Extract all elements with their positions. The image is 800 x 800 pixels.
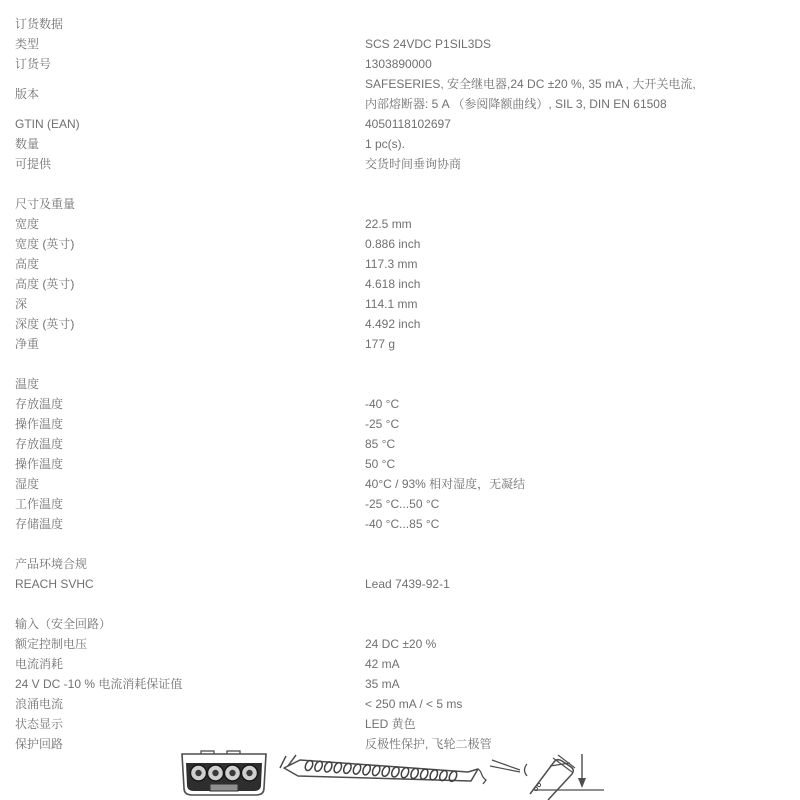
spec-value: 42 mA <box>365 654 400 674</box>
spec-value-line: 35 mA <box>365 674 400 694</box>
spec-label: 深 <box>15 294 365 314</box>
spec-value: < 250 mA / < 5 ms <box>365 694 462 714</box>
spec-row: REACH SVHC Lead 7439-92-1 <box>15 574 790 594</box>
spec-value-line: 85 °C <box>365 434 395 454</box>
spec-value: -40 °C...85 °C <box>365 514 439 534</box>
spec-value: 4.492 inch <box>365 314 420 334</box>
spec-row: 订货号 1303890000 <box>15 54 790 74</box>
spec-label: 版本 <box>15 84 365 104</box>
spec-row: 宽度 (英寸) 0.886 inch <box>15 234 790 254</box>
spec-value-line: -25 °C <box>365 414 399 434</box>
spec-label: 类型 <box>15 34 365 54</box>
spec-label: 高度 (英寸) <box>15 274 365 294</box>
spec-value-line: 117.3 mm <box>365 254 417 274</box>
spec-row: 电流消耗 42 mA <box>15 654 790 674</box>
marking-strip-drawing <box>276 750 488 798</box>
spec-label: 工作温度 <box>15 494 365 514</box>
spec-value-line: 交货时间垂询协商 <box>365 154 461 174</box>
spec-row: 可提供 交货时间垂询协商 <box>15 154 790 174</box>
spec-value: SCS 24VDC P1SIL3DS <box>365 34 491 54</box>
spec-label: 操作温度 <box>15 414 365 434</box>
spec-value-line: 1 pc(s). <box>365 134 405 154</box>
section-title: 温度 <box>15 374 790 394</box>
section-rows: 宽度 22.5 mm 宽度 (英寸) 0.886 inch 高度 117.3 m… <box>15 214 790 354</box>
spec-label: 存放温度 <box>15 394 365 414</box>
spec-value: 35 mA <box>365 674 400 694</box>
spec-value-line: 50 °C <box>365 454 395 474</box>
spec-row: 额定控制电压 24 DC ±20 % <box>15 634 790 654</box>
spec-label: GTIN (EAN) <box>15 114 365 134</box>
spec-value: 85 °C <box>365 434 395 454</box>
spec-label: REACH SVHC <box>15 574 365 594</box>
spec-row: 操作温度 50 °C <box>15 454 790 474</box>
spec-value: Lead 7439-92-1 <box>365 574 450 594</box>
spec-label: 操作温度 <box>15 454 365 474</box>
spec-value: 114.1 mm <box>365 294 417 314</box>
spec-row: 24 V DC -10 % 电流消耗保证值 35 mA <box>15 674 790 694</box>
spec-value: 1 pc(s). <box>365 134 405 154</box>
spec-row: 浪涌电流 < 250 mA / < 5 ms <box>15 694 790 714</box>
spec-row: 宽度 22.5 mm <box>15 214 790 234</box>
spec-value-line: SAFESERIES, 安全继电器,24 DC ±20 %, 35 mA , 大… <box>365 74 696 94</box>
spec-value: 4050118102697 <box>365 114 451 134</box>
spec-label: 电流消耗 <box>15 654 365 674</box>
spec-value-line: 4.618 inch <box>365 274 420 294</box>
spec-value-line: SCS 24VDC P1SIL3DS <box>365 34 491 54</box>
spec-value: 40°C / 93% 相对湿度，无凝结 <box>365 474 525 494</box>
technical-drawings <box>0 746 800 800</box>
section-rows: 类型 SCS 24VDC P1SIL3DS 订货号 1303890000 版本 … <box>15 34 790 174</box>
section-title: 输入（安全回路） <box>15 614 790 634</box>
spec-row: 湿度 40°C / 93% 相对湿度，无凝结 <box>15 474 790 494</box>
section-rows: 存放温度 -40 °C 操作温度 -25 °C 存放温度 85 °C 操作温度 … <box>15 394 790 534</box>
spec-row: 存放温度 85 °C <box>15 434 790 454</box>
spec-label: 宽度 <box>15 214 365 234</box>
spec-label: 宽度 (英寸) <box>15 234 365 254</box>
spec-label: 订货号 <box>15 54 365 74</box>
spec-label: 存储温度 <box>15 514 365 534</box>
spec-value: 177 g <box>365 334 395 354</box>
spec-value-line: Lead 7439-92-1 <box>365 574 450 594</box>
spec-value-line: 24 DC ±20 % <box>365 634 436 654</box>
spec-section: 订货数据 类型 SCS 24VDC P1SIL3DS 订货号 130389000… <box>15 14 790 174</box>
spec-value-line: 内部熔断器: 5 A （参阅降额曲线）, SIL 3, DIN EN 61508 <box>365 94 696 114</box>
spec-row: 存放温度 -40 °C <box>15 394 790 414</box>
spec-value-line: 177 g <box>365 334 395 354</box>
spec-section: 温度 存放温度 -40 °C 操作温度 -25 °C 存放温度 85 °C 操作… <box>15 374 790 534</box>
spec-label: 高度 <box>15 254 365 274</box>
spec-value: 1303890000 <box>365 54 432 74</box>
section-title: 订货数据 <box>15 14 790 34</box>
spec-row: 操作温度 -25 °C <box>15 414 790 434</box>
spec-value: 4.618 inch <box>365 274 420 294</box>
section-rows: 额定控制电压 24 DC ±20 % 电流消耗 42 mA 24 V DC -1… <box>15 634 790 754</box>
spec-label: 存放温度 <box>15 434 365 454</box>
spec-section: 输入（安全回路） 额定控制电压 24 DC ±20 % 电流消耗 42 mA 2… <box>15 614 790 754</box>
insertion-tool-arrow-drawing <box>490 746 608 800</box>
spec-value-line: 114.1 mm <box>365 294 417 314</box>
spec-value: 交货时间垂询协商 <box>365 154 461 174</box>
spec-value-line: -40 °C...85 °C <box>365 514 439 534</box>
spec-label: 数量 <box>15 134 365 154</box>
spec-row: 深 114.1 mm <box>15 294 790 314</box>
spec-label: 24 V DC -10 % 电流消耗保证值 <box>15 674 365 694</box>
spec-value: 24 DC ±20 % <box>365 634 436 654</box>
spec-row: 存储温度 -40 °C...85 °C <box>15 514 790 534</box>
section-title: 产品环境合规 <box>15 554 790 574</box>
spec-value: SAFESERIES, 安全继电器,24 DC ±20 %, 35 mA , 大… <box>365 74 696 114</box>
spec-value-line: < 250 mA / < 5 ms <box>365 694 462 714</box>
spec-value-line: -25 °C...50 °C <box>365 494 439 514</box>
spec-row: 数量 1 pc(s). <box>15 134 790 154</box>
section-rows: REACH SVHC Lead 7439-92-1 <box>15 574 790 594</box>
spec-value: LED 黄色 <box>365 714 416 734</box>
spec-value: 22.5 mm <box>365 214 412 234</box>
terminal-block-end-view-drawing <box>176 750 272 800</box>
spec-value-line: 42 mA <box>365 654 400 674</box>
spec-value: -25 °C...50 °C <box>365 494 439 514</box>
section-title: 尺寸及重量 <box>15 194 790 214</box>
spec-row: 净重 177 g <box>15 334 790 354</box>
spec-value-line: 0.886 inch <box>365 234 420 254</box>
spec-label: 湿度 <box>15 474 365 494</box>
spec-label: 浪涌电流 <box>15 694 365 714</box>
spec-value-line: 1303890000 <box>365 54 432 74</box>
spec-label: 净重 <box>15 334 365 354</box>
spec-row: 类型 SCS 24VDC P1SIL3DS <box>15 34 790 54</box>
spec-value-line: 4.492 inch <box>365 314 420 334</box>
spec-section: 产品环境合规 REACH SVHC Lead 7439-92-1 <box>15 554 790 594</box>
spec-value: 117.3 mm <box>365 254 417 274</box>
spec-label: 额定控制电压 <box>15 634 365 654</box>
spec-row: 状态显示 LED 黄色 <box>15 714 790 734</box>
spec-value-line: 40°C / 93% 相对湿度，无凝结 <box>365 474 525 494</box>
spec-row: 工作温度 -25 °C...50 °C <box>15 494 790 514</box>
spec-value-line: -40 °C <box>365 394 399 414</box>
spec-row: 高度 117.3 mm <box>15 254 790 274</box>
spec-row: 高度 (英寸) 4.618 inch <box>15 274 790 294</box>
spec-value-line: 4050118102697 <box>365 114 451 134</box>
spec-value: -25 °C <box>365 414 399 434</box>
spec-label: 状态显示 <box>15 714 365 734</box>
spec-label: 深度 (英寸) <box>15 314 365 334</box>
spec-row: 深度 (英寸) 4.492 inch <box>15 314 790 334</box>
spec-row: GTIN (EAN) 4050118102697 <box>15 114 790 134</box>
spec-value-line: 22.5 mm <box>365 214 412 234</box>
spec-section: 尺寸及重量 宽度 22.5 mm 宽度 (英寸) 0.886 inch 高度 1… <box>15 194 790 354</box>
spec-value-line: LED 黄色 <box>365 714 416 734</box>
spec-row: 版本 SAFESERIES, 安全继电器,24 DC ±20 %, 35 mA … <box>15 74 790 114</box>
spec-value: 0.886 inch <box>365 234 420 254</box>
spec-value: 50 °C <box>365 454 395 474</box>
spec-table: 订货数据 类型 SCS 24VDC P1SIL3DS 订货号 130389000… <box>15 14 790 774</box>
spec-label: 可提供 <box>15 154 365 174</box>
spec-value: -40 °C <box>365 394 399 414</box>
